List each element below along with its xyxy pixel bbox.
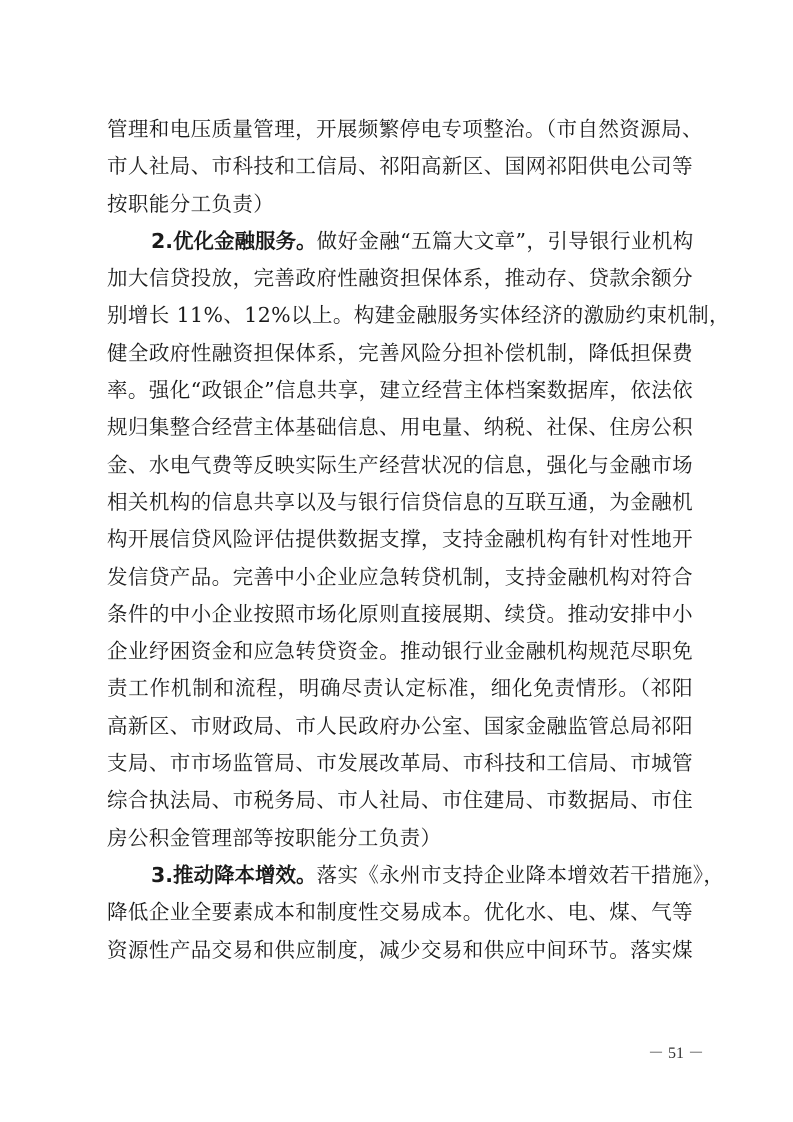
text-run: 做好金融“五篇大文章”，引导银行业机构 — [317, 229, 694, 253]
text-line: 按职能分工负责） — [107, 186, 693, 223]
text-line: 市人社局、市科技和工信局、祁阳高新区、国网祁阳供电公司等 — [107, 148, 693, 185]
text-line: 健全政府性融资担保体系，完善风险分担补偿机制，降低担保费 — [107, 335, 693, 372]
text-line: 金、水电气费等反映实际生产经营状况的信息，强化与金融市场 — [107, 447, 693, 484]
body-text: 管理和电压质量管理，开展频繁停电专项整治。（市自然资源局、 市人社局、市科技和工… — [107, 111, 693, 969]
text-line: 支局、市市场监管局、市发展改革局、市科技和工信局、市城管 — [107, 745, 693, 782]
text-line: 加大信贷投放，完善政府性融资担保体系，推动存、贷款余额分 — [107, 260, 693, 297]
paragraph-item-3-first-line: 3.推动降本增效。落实《永州市支持企业降本增效若干措施》， — [107, 857, 693, 894]
text-line: 责工作机制和流程，明确尽责认定标准，细化免责情形。（祁阳 — [107, 670, 693, 707]
text-line: 企业纾困资金和应急转贷资金。推动银行业金融机构规范尽职免 — [107, 633, 693, 670]
section-heading-3: 3.推动降本增效。 — [151, 863, 317, 887]
text-line: 规归集整合经营主体基础信息、用电量、纳税、社保、住房公积 — [107, 409, 693, 446]
text-line: 资源性产品交易和供应制度，减少交易和供应中间环节。落实煤 — [107, 932, 693, 969]
text-line: 高新区、市财政局、市人民政府办公室、国家金融监管总局祁阳 — [107, 708, 693, 745]
text-line: 条件的中小企业按照市场化原则直接展期、续贷。推动安排中小 — [107, 596, 693, 633]
text-line: 率。强化“政银企”信息共享，建立经营主体档案数据库，依法依 — [107, 372, 693, 409]
text-line: 降低企业全要素成本和制度性交易成本。优化水、电、煤、气等 — [107, 894, 693, 931]
text-line: 别增长 11%、12%以上。构建金融服务实体经济的激励约束机制， — [107, 297, 693, 334]
page-number-label: － 51 － — [648, 1040, 704, 1063]
text-line: 相关机构的信息共享以及与银行信贷信息的互联互通，为金融机 — [107, 484, 693, 521]
text-line: 构开展信贷风险评估提供数据支撑，支持金融机构有针对性地开 — [107, 521, 693, 558]
text-run: 落实《永州市支持企业降本增效若干措施》， — [317, 863, 725, 887]
text-line: 综合执法局、市税务局、市人社局、市住建局、市数据局、市住 — [107, 782, 693, 819]
document-page: 管理和电压质量管理，开展频繁停电专项整治。（市自然资源局、 市人社局、市科技和工… — [0, 0, 793, 1122]
paragraph-item-2-first-line: 2.优化金融服务。做好金融“五篇大文章”，引导银行业机构 — [107, 223, 693, 260]
section-heading-2: 2.优化金融服务。 — [151, 229, 317, 253]
text-line: 房公积金管理部等按职能分工负责） — [107, 820, 693, 857]
text-line: 管理和电压质量管理，开展频繁停电专项整治。（市自然资源局、 — [107, 111, 693, 148]
text-line: 发信贷产品。完善中小企业应急转贷机制，支持金融机构对符合 — [107, 559, 693, 596]
